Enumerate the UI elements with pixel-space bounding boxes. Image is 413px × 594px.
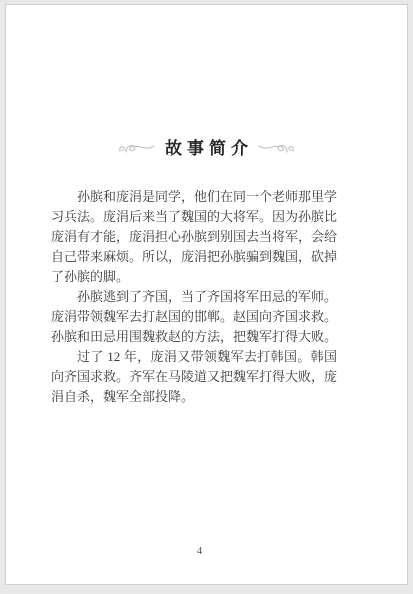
page-number: 4: [6, 545, 393, 557]
paragraph: 孙膑和庞涓是同学，他们在同一个老师那里学习兵法。庞涓后来当了魏国的大将军。因为孙…: [51, 187, 337, 287]
page-title: 故事简介: [165, 138, 253, 160]
paragraph: 孙膑逃到了齐国，当了齐国将军田忌的军师。庞涓带领魏军去打赵国的邯郸。赵国向齐国求…: [51, 287, 337, 347]
flourish-right-icon: [257, 141, 295, 157]
book-page: 故事简介 孙膑和庞涓是同学，他们在同一个老师那里学习兵法。庞涓后来当了魏国的大将…: [5, 4, 408, 585]
story-summary-text: 孙膑和庞涓是同学，他们在同一个老师那里学习兵法。庞涓后来当了魏国的大将军。因为孙…: [6, 187, 407, 407]
flourish-left-icon: [118, 141, 156, 157]
chapter-title-row: 故事简介: [6, 127, 407, 172]
paragraph: 过了 12 年，庞涓又带领魏军去打韩国。韩国向齐国求救。齐军在马陵道又把魏军打得…: [51, 347, 337, 407]
